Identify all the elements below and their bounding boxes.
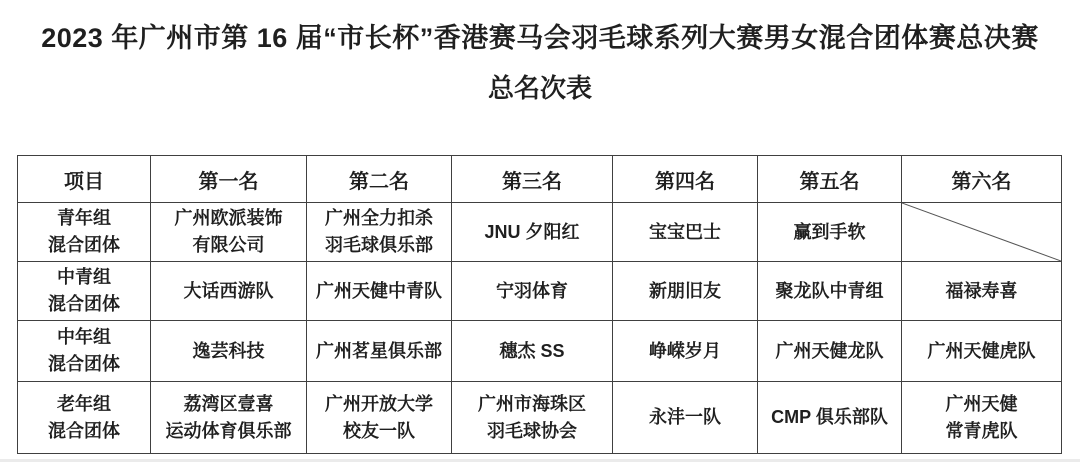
result-cell: 逸芸科技 xyxy=(151,321,307,382)
event-cell: 中青组 混合团体 xyxy=(18,262,151,321)
result-cell: 广州欧派装饰 有限公司 xyxy=(151,203,307,262)
result-cell: 永沣一队 xyxy=(613,382,758,454)
table-row-middle-age: 中年组 混合团体 逸芸科技 广州茗星俱乐部 穗杰 SS 峥嵘岁月 广州天健龙队 … xyxy=(18,321,1062,382)
result-cell: 宁羽体育 xyxy=(452,262,613,321)
result-cell: 广州茗星俱乐部 xyxy=(307,321,452,382)
result-cell: 广州天健 常青虎队 xyxy=(902,382,1062,454)
event-cell: 老年组 混合团体 xyxy=(18,382,151,454)
result-cell: 宝宝巴士 xyxy=(613,203,758,262)
result-cell: 广州天健虎队 xyxy=(902,321,1062,382)
result-cell: 广州天健中青队 xyxy=(307,262,452,321)
result-cell: 聚龙队中青组 xyxy=(758,262,902,321)
result-cell: 新朋旧友 xyxy=(613,262,758,321)
result-cell: 穗杰 SS xyxy=(452,321,613,382)
result-cell: 大话西游队 xyxy=(151,262,307,321)
page-bottom-divider xyxy=(0,459,1080,462)
header-cell-first: 第一名 xyxy=(151,156,307,203)
header-cell-second: 第二名 xyxy=(307,156,452,203)
result-cell: 广州天健龙队 xyxy=(758,321,902,382)
table-header-row: 项目 第一名 第二名 第三名 第四名 第五名 第六名 xyxy=(18,156,1062,203)
event-cell: 中年组 混合团体 xyxy=(18,321,151,382)
result-cell: 峥嵘岁月 xyxy=(613,321,758,382)
table-row-senior: 老年组 混合团体 荔湾区壹喜 运动体育俱乐部 广州开放大学 校友一队 广州市海珠… xyxy=(18,382,1062,454)
header-cell-fifth: 第五名 xyxy=(758,156,902,203)
header-cell-third: 第三名 xyxy=(452,156,613,203)
event-cell: 青年组 混合团体 xyxy=(18,203,151,262)
header-cell-event: 项目 xyxy=(18,156,151,203)
result-cell: 广州市海珠区 羽毛球协会 xyxy=(452,382,613,454)
table-row-mid-youth: 中青组 混合团体 大话西游队 广州天健中青队 宁羽体育 新朋旧友 聚龙队中青组 … xyxy=(18,262,1062,321)
header-cell-fourth: 第四名 xyxy=(613,156,758,203)
result-cell: JNU 夕阳红 xyxy=(452,203,613,262)
results-table: 项目 第一名 第二名 第三名 第四名 第五名 第六名 青年组 混合团体 广州欧派… xyxy=(17,155,1062,454)
result-cell-empty xyxy=(902,203,1062,262)
document-title-block: 2023 年广州市第 16 届“市长杯”香港赛马会羽毛球系列大赛男女混合团体赛总… xyxy=(0,0,1080,105)
page-subtitle: 总名次表 xyxy=(0,71,1080,105)
header-cell-sixth: 第六名 xyxy=(902,156,1062,203)
result-cell: 荔湾区壹喜 运动体育俱乐部 xyxy=(151,382,307,454)
diagonal-strike-line xyxy=(902,203,1061,261)
page-title: 2023 年广州市第 16 届“市长杯”香港赛马会羽毛球系列大赛男女混合团体赛总… xyxy=(0,18,1080,58)
result-cell: 广州开放大学 校友一队 xyxy=(307,382,452,454)
result-cell: 福禄寿喜 xyxy=(902,262,1062,321)
result-cell: CMP 俱乐部队 xyxy=(758,382,902,454)
result-cell: 广州全力扣杀 羽毛球俱乐部 xyxy=(307,203,452,262)
table-row-youth: 青年组 混合团体 广州欧派装饰 有限公司 广州全力扣杀 羽毛球俱乐部 JNU 夕… xyxy=(18,203,1062,262)
result-cell: 赢到手软 xyxy=(758,203,902,262)
